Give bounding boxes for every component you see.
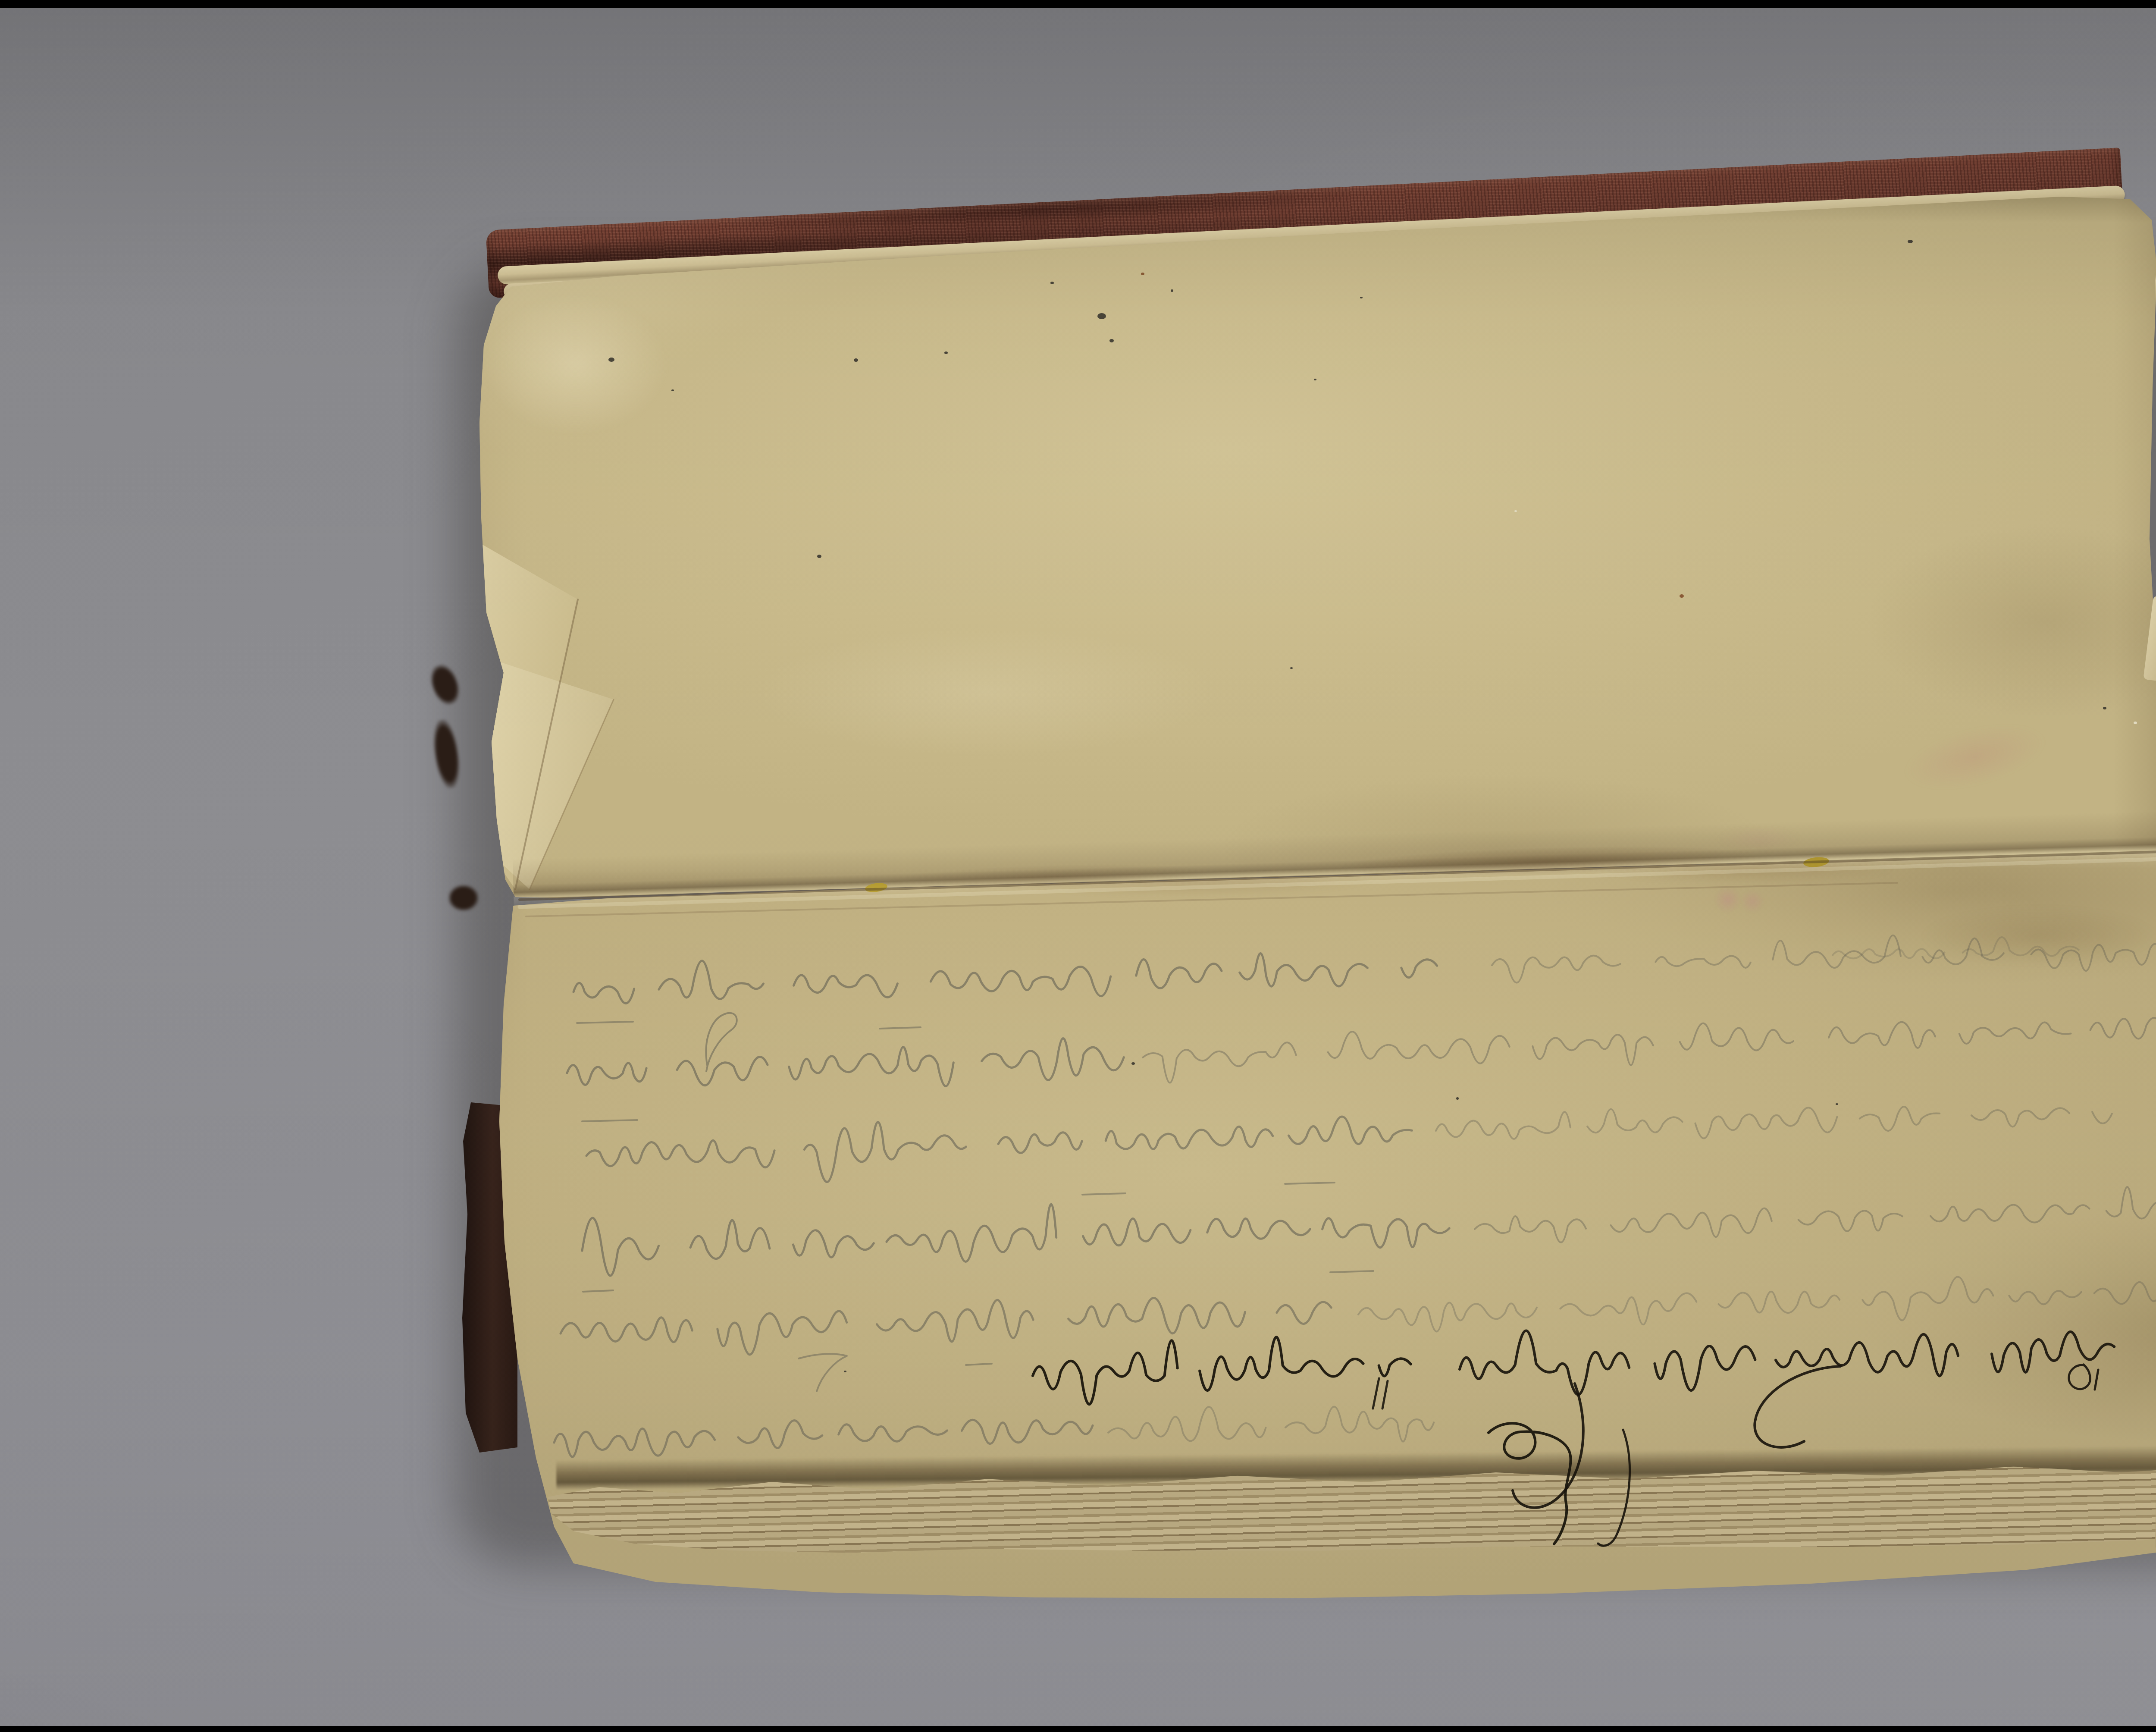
ink-speck: [1908, 240, 1913, 243]
ink-speck: [1314, 379, 1316, 380]
pencil-script-line: [1143, 1016, 2156, 1083]
ink-flourish: [1373, 1378, 1388, 1409]
ink-speck: [1109, 339, 1114, 342]
ink-speck: [1131, 1062, 1135, 1065]
ink-speck: [1171, 289, 1173, 292]
photograph-frame: [0, 0, 2156, 1732]
pencil-script-line: [561, 1298, 1363, 1354]
ink-flourish: [1513, 1384, 1583, 1508]
script-underline: [880, 1027, 921, 1029]
handwriting-layer: [0, 0, 2156, 1732]
pencil-script-line: [1108, 1407, 1459, 1442]
script-underline: [1082, 1193, 1125, 1195]
pencil-script-line: [582, 1204, 1466, 1276]
ink-speck: [1456, 1097, 1459, 1100]
ink-speck: [1836, 1103, 1838, 1105]
pencil-script-line: [1492, 935, 2156, 983]
crease-line: [520, 851, 2156, 900]
ink-speck: [944, 351, 948, 354]
ink-flourish: [1489, 1423, 1570, 1544]
ink-speck: [817, 555, 821, 558]
ink-speck: [2103, 707, 2106, 709]
script-underline: [582, 1120, 637, 1121]
paper-fleck: [1514, 510, 1517, 512]
script-underline: [1285, 1183, 1335, 1184]
pencil-script-line: [573, 953, 1462, 1003]
script-underline: [577, 1022, 633, 1023]
rust-speck: [1141, 273, 1144, 275]
script-underline: [966, 1364, 992, 1365]
ink-speck: [1097, 313, 1106, 319]
ink-speck: [671, 389, 674, 391]
pencil-script-line: [567, 1038, 1138, 1086]
pencil-script-line: [554, 1420, 1121, 1457]
crease-line: [520, 859, 2156, 907]
pencil-script-line: [1475, 1187, 2156, 1243]
ink-flourish: [1598, 1430, 1630, 1546]
ink-speck: [608, 358, 614, 362]
pencil-flourish: [799, 1354, 847, 1391]
paper-fleck: [2134, 722, 2137, 724]
script-underline: [583, 1290, 613, 1292]
pencil-script-line: [1358, 1277, 2156, 1331]
dog-ear-seam: [515, 599, 578, 889]
ink-speck: [1050, 282, 1054, 284]
pencil-script-line: [586, 1117, 1425, 1182]
pencil-script-line: [1436, 1107, 2138, 1139]
dog-ear-seam: [530, 700, 614, 889]
rust-speck: [1680, 594, 1684, 598]
ink-speck: [1290, 667, 1293, 669]
ink-speck: [1360, 297, 1363, 298]
ink-flourish: [1755, 1366, 1840, 1447]
ink-speck: [844, 1371, 846, 1372]
script-underline: [1330, 1271, 1373, 1272]
ink-script-line: [1460, 1330, 2143, 1394]
ink-flourish: [2069, 1365, 2098, 1390]
ink-speck: [854, 358, 858, 362]
